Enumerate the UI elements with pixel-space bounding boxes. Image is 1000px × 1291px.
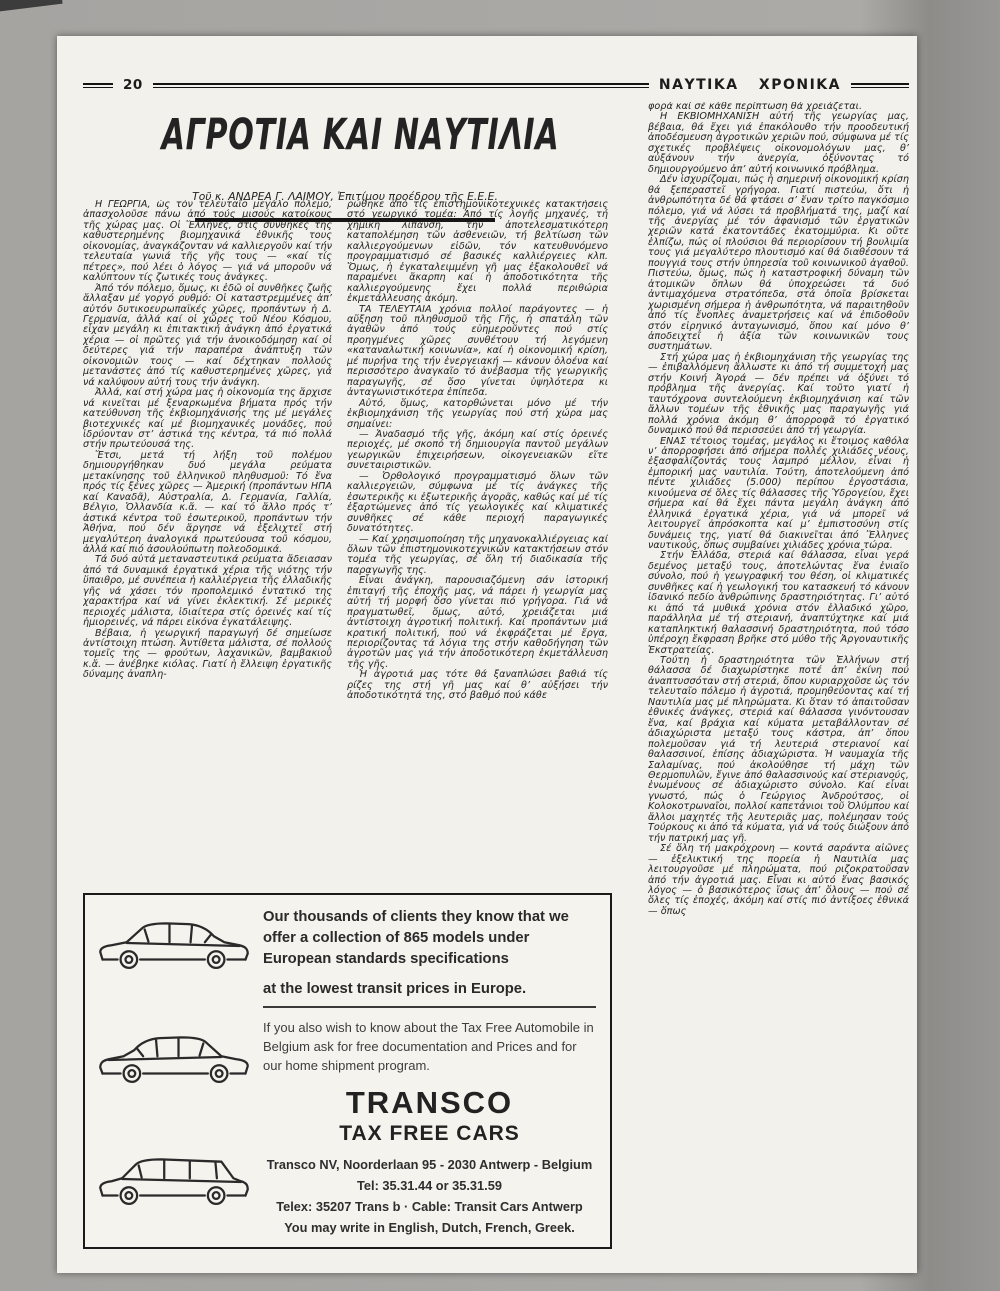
ad-body-text: If you also wish to know about the Tax F… — [263, 1018, 596, 1075]
paragraph: Ἀλλά, καί στή χώρα μας ἡ οἰκονομία της ἄ… — [83, 388, 332, 451]
paragraph: Εἶναι ἀνάγκη, παρουσιαζόμενη σάν ἱστορικ… — [347, 576, 608, 670]
article-column-1: Η ΓΕΩΡΓΙΑ, ὡς τόν τελευταῖο μεγάλο πόλεμ… — [83, 200, 332, 890]
publication-name: ΝΑΥΤΙΚΑ ΧΡΟΝΙΚΑ — [659, 77, 841, 93]
paragraph: — Καί χρησιμοποίηση τῆς μηχανοκαλλιέργει… — [347, 535, 608, 577]
paragraph: Βέβαια, ἡ γεωργική παραγωγή δέ σημείωσε … — [83, 629, 332, 681]
paragraph: Τούτη ἡ δραστηριότητα τῶν Ἑλλήνων στή θά… — [648, 656, 909, 844]
paragraph: Σέ ὅλη τή μακρόχρονη — κοντά σαράντα αἰῶ… — [648, 844, 909, 917]
paragraph: — Ὀρθολογικό προγραμματισμό ὅλων τῶν καλ… — [347, 472, 608, 535]
paragraph: Στήν Ἑλλάδα, στεριά καί θάλασσα, εἶναι γ… — [648, 551, 909, 656]
page-header: 20 ΝΑΥΤΙΚΑ ΧΡΟΝΙΚΑ — [83, 76, 909, 94]
paragraph: Η ΓΕΩΡΓΙΑ, ὡς τόν τελευταῖο μεγάλο πόλεμ… — [83, 200, 332, 284]
paragraph: Η ΕΚΒΙΟΜΗΧΑΝΙΣΗ αὐτή τῆς γεωργίας μας, β… — [648, 112, 909, 175]
header-rule-middle — [153, 83, 649, 88]
article-column-2: ρώθηκε ἀπό τίς ἐπιστημονικοτεχνικές κατα… — [347, 200, 608, 885]
transco-advertisement: Our thousands of clients they know that … — [83, 893, 612, 1249]
sedan-car-illustration — [95, 1027, 253, 1093]
scanned-magazine-page: { "header": { "page_number": "20", "publ… — [0, 0, 1000, 1291]
ad-headline: Our thousands of clients they know that … — [263, 907, 596, 970]
paragraph: ΤΑ ΤΕΛΕΥΤΑΙΑ χρόνια πολλοί παράγοντες — … — [347, 305, 608, 399]
paragraph: Ἀπό τόν πόλεμο, ὅμως, κι ἐδῶ οἱ συνθῆκες… — [83, 284, 332, 389]
scan-edge-artifact — [0, 0, 63, 12]
paragraph: — Ἀναδασμό τῆς γῆς, ἀκόμη καί στίς ὀρειν… — [347, 430, 608, 472]
ad-telex: Telex: 35207 Trans b · Cable: Transit Ca… — [263, 1196, 596, 1217]
header-rule-right — [851, 83, 909, 88]
magazine-page: 20 ΝΑΥΤΙΚΑ ΧΡΟΝΙΚΑ ΑΓΡΟΤΙΑ ΚΑΙ ΝΑΥΤΙΛΙΑ … — [57, 36, 917, 1273]
paragraph: Δέν ἰσχυρίζομαι, πώς ἡ σημερινή οἰκονομι… — [648, 175, 909, 353]
header-rule-left — [83, 83, 113, 88]
sedan-car-illustration — [95, 913, 253, 979]
paragraph: Τά δυό αὐτά μεταναστευτικά ρεύματα ἄδεια… — [83, 555, 332, 628]
paragraph: ΕΝΑΣ τέτοιος τομέας, μεγάλος κι ἕτοιμος … — [648, 437, 909, 552]
article-column-3: φορά καί σέ κάθε περίπτωση θά χρειάζεται… — [648, 102, 909, 1250]
ad-tagline: TAX FREE CARS — [263, 1122, 596, 1146]
ad-subheadline: at the lowest transit prices in Europe. — [263, 981, 596, 1008]
paragraph: Ἔτσι, μετά τή λήξη τοῦ πολέμου δημιουργή… — [83, 451, 332, 556]
car-illustrations — [91, 899, 259, 1251]
article-title: ΑΓΡΟΤΙΑ ΚΑΙ ΝΑΥΤΙΛΙΑ — [162, 110, 529, 160]
paragraph: ρώθηκε ἀπό τίς ἐπιστημονικοτεχνικές κατα… — [347, 200, 608, 305]
paragraph: Ἡ ἀγροτιά μας τότε θά ξαναπλώσει βαθιά τ… — [347, 670, 608, 701]
station-wagon-illustration — [95, 1149, 253, 1215]
ad-phone: Tel: 35.31.44 or 35.31.59 — [263, 1175, 596, 1196]
ad-brand-name: TRANSCO — [263, 1085, 596, 1121]
ad-contact-block: Transco NV, Noorderlaan 95 - 2030 Antwer… — [263, 1154, 596, 1238]
ad-text-area: Our thousands of clients they know that … — [263, 907, 596, 1238]
ad-languages: You may write in English, Dutch, French,… — [263, 1217, 596, 1238]
paragraph: Αὐτό, ὅμως, κατορθώνεται μόνο μέ τήν ἐκβ… — [347, 399, 608, 430]
paragraph: Στή χώρα μας ἡ ἐκβιομηχάνιση τῆς γεωργία… — [648, 353, 909, 437]
ad-address: Transco NV, Noorderlaan 95 - 2030 Antwer… — [263, 1154, 596, 1175]
page-number: 20 — [123, 77, 143, 93]
